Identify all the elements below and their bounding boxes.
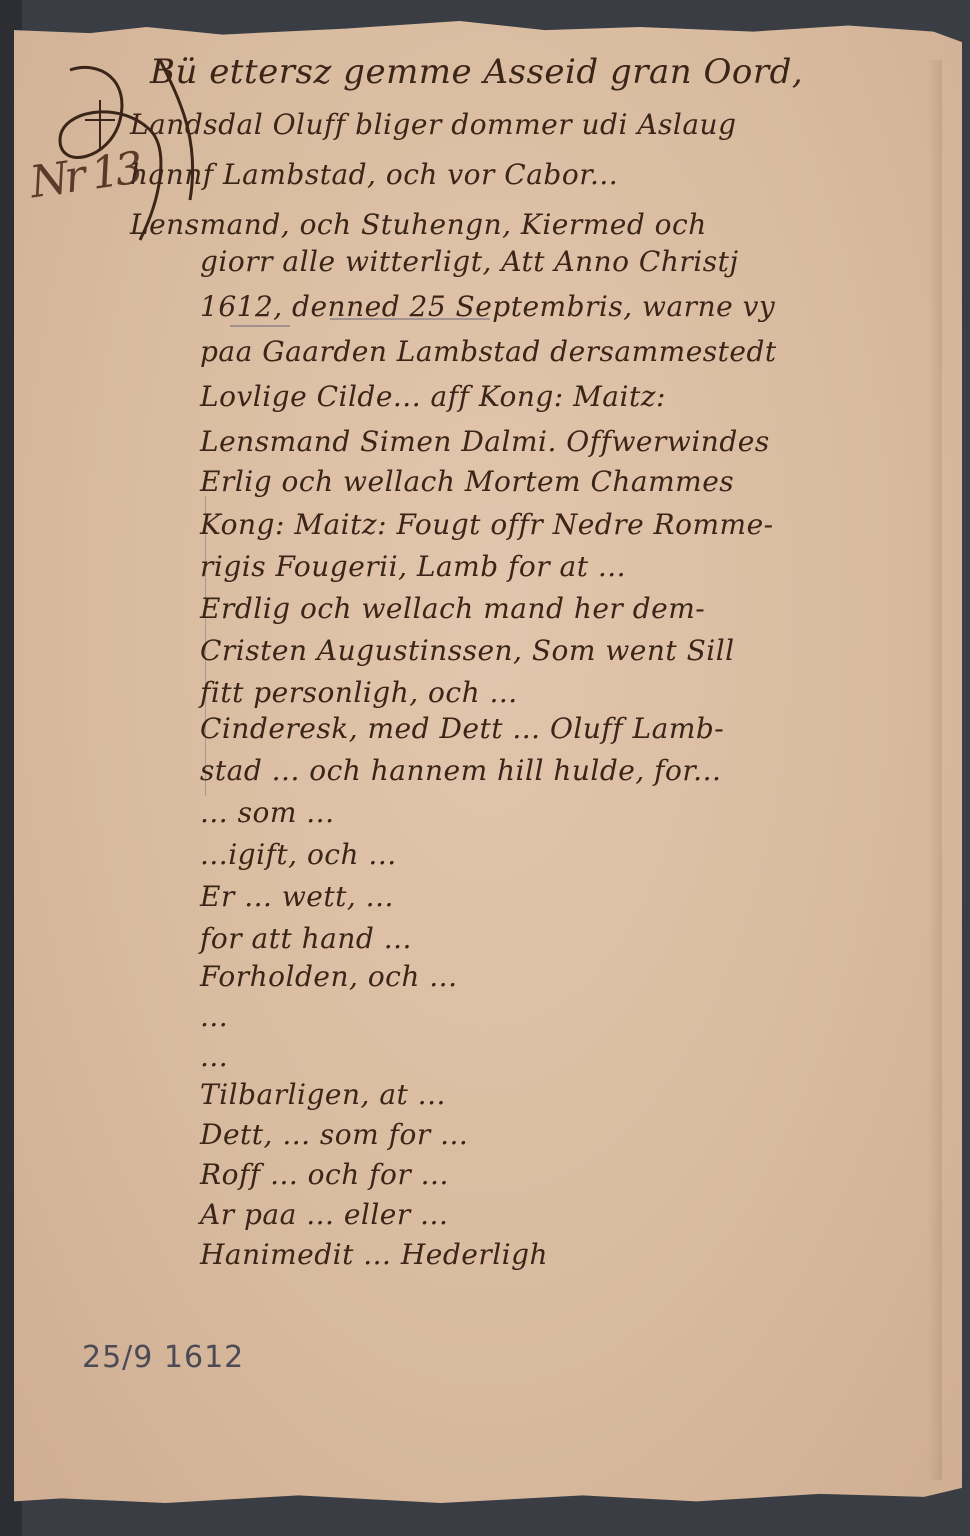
text-line: Erlig och wellach Mortem Chammes — [200, 465, 734, 498]
text-line: Lovlige Cilde... aff Kong: Maitz: — [200, 380, 666, 413]
text-line: for att hand ... — [200, 922, 412, 955]
pencil-underline — [230, 325, 290, 327]
text-line: Tilbarligen, at ... — [200, 1078, 446, 1111]
text-line: Lensmand, och Stuhengn, Kiermed och — [130, 208, 707, 241]
text-line: stad ... och hannem hill hulde, for... — [200, 754, 721, 787]
text-line: ...igift, och ... — [200, 838, 397, 871]
text-line: ... — [200, 1000, 228, 1033]
text-line: paa Gaarden Lambstad dersammestedt — [200, 335, 777, 368]
text-line: fitt personligh, och ... — [200, 676, 518, 709]
text-line: rigis Fougerii, Lamb for at ... — [200, 550, 626, 583]
text-line: ... — [200, 1040, 228, 1073]
text-line: Cinderesk, med Dett ... Oluff Lamb- — [200, 712, 724, 745]
text-line: Landsdal Oluff bliger dommer udi Aslaug — [130, 108, 737, 141]
pencil-underline — [330, 318, 490, 320]
text-line: Dett, ... som for ... — [200, 1118, 468, 1151]
text-line: giorr alle witterligt, Att Anno Christj — [200, 245, 739, 278]
text-line: Hanimedit ... Hederligh — [200, 1238, 548, 1271]
text-line: Bü ettersz gemme Asseid gran Oord, — [150, 52, 803, 92]
text-line: Er ... wett, ... — [200, 880, 394, 913]
text-line: Cristen Augustinssen, Som went Sill — [200, 634, 735, 667]
text-line: Ar paa ... eller ... — [200, 1198, 448, 1231]
pencil-date-note: 25/9 1612 — [82, 1340, 244, 1375]
text-line: Erdlig och wellach mand her dem- — [200, 592, 705, 625]
text-line: Lensmand Simen Dalmi. Offwerwindes — [200, 425, 770, 458]
text-line: Roff ... och for ... — [200, 1158, 449, 1191]
text-line: Forholden, och ... — [200, 960, 458, 993]
manuscript-text: Bü ettersz gemme Asseid gran Oord, Lands… — [0, 0, 970, 1536]
text-line: Kong: Maitz: Fougt offr Nedre Romme- — [200, 508, 774, 541]
text-line: ... som ... — [200, 796, 334, 829]
text-line: hannf Lambstad, och vor Cabor... — [130, 158, 618, 191]
